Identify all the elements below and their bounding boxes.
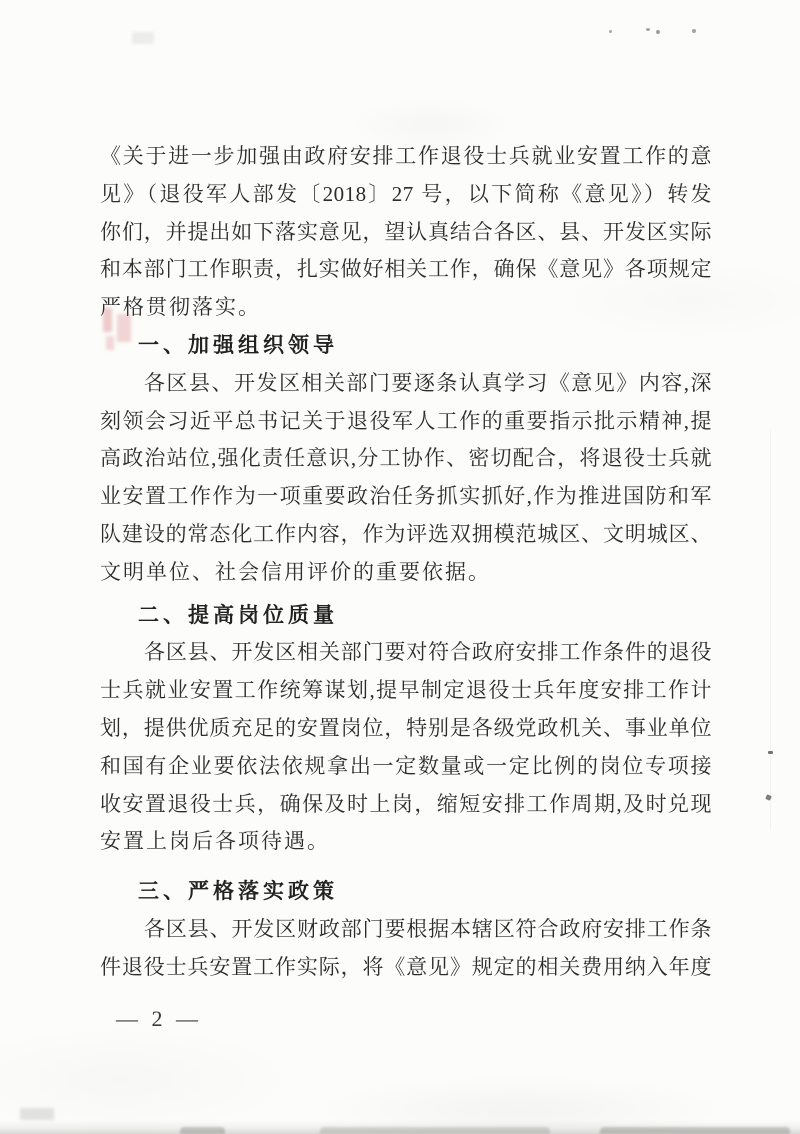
body-line: 业安置工作作为一项重要政治任务抓实抓好,作为推进国防和军 (100, 478, 712, 516)
document-text-block: 《关于进一步加强由政府安排工作退役士兵就业安置工作的意 见》（退役军人部发〔20… (100, 138, 712, 987)
body-line: 高政治站位,强化责任意识,分工协作、密切配合，将退役士兵就 (100, 440, 712, 478)
scan-dot (656, 30, 660, 34)
paper-bottom-edge (320, 1127, 550, 1134)
body-line: 收安置退役士兵，确保及时上岗，缩短安排工作周期,及时兑现 (100, 786, 712, 824)
body-line: 你们，并提出如下落实意见，望认真结合各区、县、开发区实际 (100, 214, 712, 252)
body-line: 各区县、开发区财政部门要根据本辖区符合政府安排工作条 (100, 911, 712, 949)
page-number: — 2 — (116, 1006, 202, 1032)
body-line: 和本部门工作职责，扎实做好相关工作，确保《意见》各项规定 (100, 251, 712, 289)
section-heading: 二、提高岗位质量 (100, 597, 712, 635)
body-line: 和国有企业要依法依规拿出一定数量或一定比例的岗位专项接 (100, 748, 712, 786)
scan-smudge (20, 1108, 54, 1120)
scanned-document-page: 《关于进一步加强由政府安排工作退役士兵就业安置工作的意 见》（退役军人部发〔20… (0, 0, 800, 1134)
section-heading: 一、加强组织领导 (100, 327, 712, 365)
body-line: 刻领会习近平总书记关于退役军人工作的重要指示批示精神,提 (100, 403, 712, 441)
scan-dot (609, 30, 612, 33)
body-line: 安置上岗后各项待遇。 (100, 823, 712, 861)
scan-smudge (132, 32, 154, 44)
paper-bottom-edge (180, 1127, 225, 1134)
body-line: 见》（退役军人部发〔2018〕27 号，以下简称《意见》）转发 (100, 176, 712, 214)
body-line: 严格贯彻落实。 (100, 289, 712, 327)
body-line: 各区县、开发区相关部门要逐条认真学习《意见》内容,深 (100, 365, 712, 403)
body-line: 件退役士兵安置工作实际，将《意见》规定的相关费用纳入年度 (100, 949, 712, 987)
body-line: 士兵就业安置工作统筹谋划,提早制定退役士兵年度安排工作计 (100, 672, 712, 710)
paper-edge-shadow (770, 430, 771, 830)
section-heading: 三、严格落实政策 (100, 873, 712, 911)
scan-dot (646, 28, 650, 31)
body-line: 《关于进一步加强由政府安排工作退役士兵就业安置工作的意 (100, 138, 712, 176)
scan-dot (692, 29, 696, 33)
paper-bottom-edge (600, 1127, 790, 1134)
body-line: 文明单位、社会信用评价的重要依据。 (100, 554, 712, 592)
body-line: 划，提供优质充足的安置岗位，特别是各级党政机关、事业单位 (100, 710, 712, 748)
body-line: 各区县、开发区相关部门要对符合政府安排工作条件的退役 (100, 634, 712, 672)
body-line: 队建设的常态化工作内容，作为评选双拥模范城区、文明城区、 (100, 516, 712, 554)
